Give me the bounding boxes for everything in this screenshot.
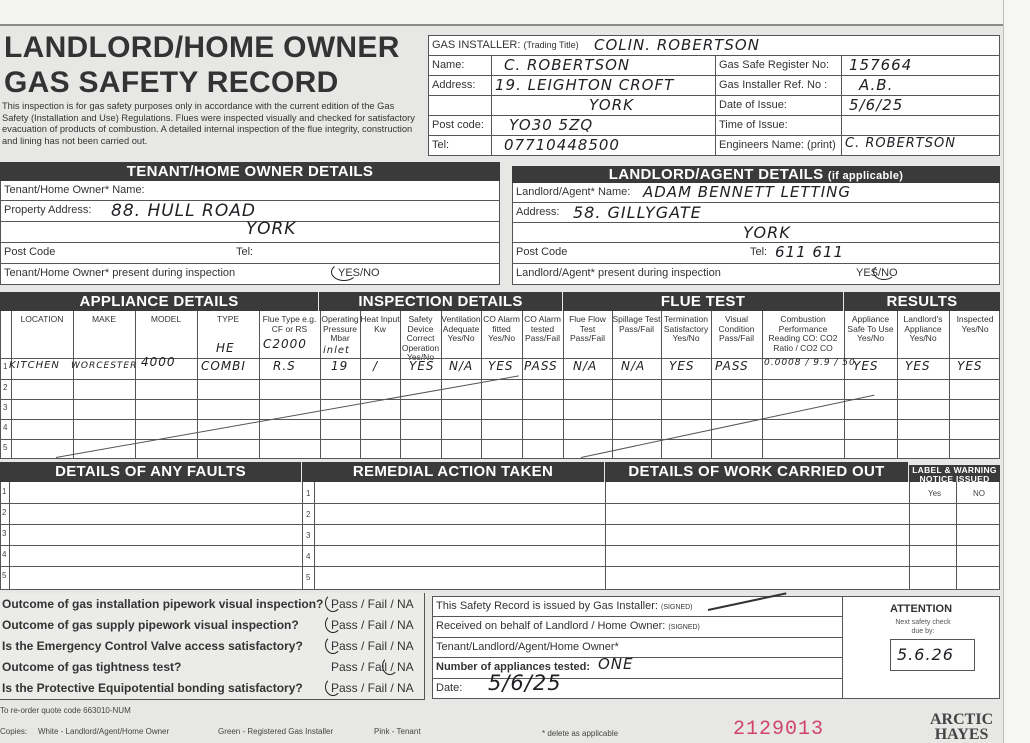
brand-line-2: HAYES bbox=[930, 727, 993, 742]
row-line bbox=[1, 503, 999, 504]
divider bbox=[605, 482, 606, 589]
cell-flue-flow[interactable]: N/A bbox=[573, 359, 597, 373]
results-heading: RESULTS bbox=[844, 292, 1000, 311]
issued-label: This Safety Record is issued by Gas Inst… bbox=[436, 600, 658, 612]
installer-name-field[interactable]: C. ROBERTSON bbox=[504, 56, 630, 74]
remedial-row-number: 1 bbox=[306, 489, 310, 498]
name-row: Name: C. ROBERTSON Gas Safe Register No:… bbox=[429, 56, 999, 76]
pass-circled-mark bbox=[325, 594, 341, 612]
cell-inspected[interactable]: YES bbox=[957, 359, 983, 373]
col-spillage: Spillage Test Pass/Fail bbox=[612, 311, 661, 334]
property-address-label: Property Address: bbox=[4, 204, 91, 216]
appliance-details-heading: APPLIANCE DETAILS bbox=[0, 292, 318, 311]
form-title: LANDLORD/HOME OWNER GAS SAFETY RECORD bbox=[4, 30, 400, 100]
cell-co-alarm-tested[interactable]: PASS bbox=[524, 359, 558, 373]
divider bbox=[841, 96, 842, 115]
landlord-present-row: Landlord/Agent* present during inspectio… bbox=[513, 264, 999, 285]
row-number: 1 bbox=[3, 362, 7, 371]
time-issue-label: Time of Issue: bbox=[719, 119, 788, 131]
inspection-details-heading: INSPECTION DETAILS bbox=[319, 292, 562, 311]
divider bbox=[491, 116, 492, 135]
register-number-field[interactable]: 157664 bbox=[849, 56, 912, 74]
cell-safety-device[interactable]: YES bbox=[409, 359, 435, 373]
divider bbox=[491, 96, 492, 115]
landlord-present-label: Landlord/Agent* present during inspectio… bbox=[516, 267, 721, 279]
issued-row: This Safety Record is issued by Gas Inst… bbox=[433, 597, 842, 617]
fault-row-number: 5 bbox=[2, 571, 6, 580]
flue-type-annotation: C2000 bbox=[263, 337, 307, 351]
installer-signature[interactable] bbox=[708, 592, 787, 611]
ref-label: Gas Installer Ref. No : bbox=[719, 79, 827, 91]
cell-safe-to-use[interactable]: YES bbox=[853, 359, 879, 373]
trading-title-field[interactable]: COLIN. ROBERTSON bbox=[594, 36, 760, 54]
check-question-bonding: Is the Protective Equipotential bonding … bbox=[2, 681, 303, 695]
landlord-box: Landlord/Agent* Name: ADAM BENNETT LETTI… bbox=[512, 183, 1000, 285]
divider bbox=[841, 136, 842, 156]
tenant-postcode-label: Post Code bbox=[4, 246, 55, 258]
brand-line-1: ARCTIC bbox=[930, 712, 993, 727]
faults-grid: Yes NO 1 2 3 4 5 1 2 3 4 5 bbox=[0, 482, 1000, 590]
col-ventilation: Ventilation Adequate Yes/No bbox=[441, 311, 481, 344]
col-flue-type: Flue Type e.g. CF or RS bbox=[259, 311, 320, 334]
copy-white: White - Landlord/Agent/Home Owner bbox=[38, 727, 169, 736]
engineer-name-field[interactable]: C. ROBERTSON bbox=[845, 136, 956, 151]
tel-row: Tel: 07710448500 Engineers Name: (print)… bbox=[429, 136, 999, 156]
no-circled-mark bbox=[873, 264, 895, 280]
col-type: TYPE bbox=[197, 311, 259, 325]
landlord-address-label: Address: bbox=[516, 206, 559, 218]
role-label: Tenant/Landlord/Agent/Home Owner* bbox=[436, 641, 619, 653]
divider bbox=[302, 482, 303, 589]
received-signed-hint: (SIGNED) bbox=[668, 624, 700, 631]
notice-no-column: NO bbox=[973, 489, 985, 498]
next-check-label: Next safety check due by: bbox=[893, 618, 953, 636]
divider bbox=[715, 76, 716, 95]
check-answer-supply-pipework[interactable]: Pass / Fail / NA bbox=[331, 618, 414, 632]
fault-row-number: 2 bbox=[2, 508, 6, 517]
check-question-ecv: Is the Emergency Control Valve access sa… bbox=[2, 639, 303, 653]
reorder-code: To re-order quote code 663010-NUM bbox=[0, 706, 131, 715]
remedial-row-number: 4 bbox=[306, 552, 310, 561]
cell-termination[interactable]: YES bbox=[669, 359, 695, 373]
na-circled-mark bbox=[382, 657, 398, 675]
faults-heading: DETAILS OF ANY FAULTS bbox=[0, 462, 301, 482]
col-co-alarm-tested: CO Alarm tested Pass/Fail bbox=[522, 311, 563, 344]
signoff-box: This Safety Record is issued by Gas Inst… bbox=[432, 596, 843, 699]
cell-visual-condition[interactable]: PASS bbox=[715, 359, 749, 373]
title-line-2: GAS SAFETY RECORD bbox=[4, 65, 400, 100]
tenant-section-heading: TENANT/HOME OWNER DETAILS bbox=[0, 162, 500, 181]
installer-ref-field[interactable]: A.B. bbox=[859, 76, 893, 94]
check-question-pipework: Outcome of gas installation pipework vis… bbox=[2, 597, 323, 611]
divider bbox=[841, 116, 842, 135]
type-annotation: HE bbox=[216, 341, 235, 355]
landlord-tel-field[interactable]: 611 611 bbox=[775, 243, 844, 261]
check-answer-ecv[interactable]: Pass / Fail / NA bbox=[331, 639, 414, 653]
cell-landlords-appliance[interactable]: YES bbox=[905, 359, 931, 373]
void-line bbox=[581, 395, 875, 458]
installer-address-line2[interactable]: YORK bbox=[589, 96, 634, 114]
divider bbox=[135, 311, 136, 458]
landlord-name-field[interactable]: ADAM BENNETT LETTING bbox=[643, 183, 851, 201]
address-row-2: YORK Date of Issue: 5/6/25 bbox=[429, 96, 999, 116]
next-check-due-field[interactable]: 5.6.26 bbox=[890, 639, 975, 671]
trading-title-hint: (Trading Title) bbox=[524, 40, 579, 50]
date-row: Date: 5/6/25 bbox=[433, 679, 842, 700]
copies-label: Copies: bbox=[0, 727, 27, 736]
date-label: Date: bbox=[436, 682, 462, 694]
row-number: 4 bbox=[3, 423, 7, 432]
fault-row-number: 3 bbox=[2, 529, 6, 538]
landlord-heading-text: LANDLORD/AGENT DETAILS bbox=[609, 166, 824, 183]
pass-circled-mark bbox=[325, 678, 341, 696]
col-make: MAKE bbox=[73, 311, 135, 325]
check-answer-bonding[interactable]: Pass / Fail / NA bbox=[331, 681, 414, 695]
cell-make[interactable]: WORCESTER bbox=[71, 361, 137, 371]
landlord-address-line1[interactable]: 58. GILLYGATE bbox=[573, 203, 702, 222]
tenant-tel-label: Tel: bbox=[236, 246, 253, 258]
trading-title-row: GAS INSTALLER: (Trading Title) COLIN. RO… bbox=[429, 36, 999, 56]
address-row: Address: 19. LEIGHTON CROFT Gas Installe… bbox=[429, 76, 999, 96]
brand-logo: ARCTIC HAYES bbox=[930, 712, 993, 742]
divider bbox=[73, 311, 74, 458]
cell-ventilation[interactable]: N/A bbox=[449, 359, 473, 373]
row-line bbox=[1, 545, 999, 546]
title-line-1: LANDLORD/HOME OWNER bbox=[4, 30, 400, 65]
check-question-tightness: Outcome of gas tightness test? bbox=[2, 660, 181, 674]
check-question-supply-pipework: Outcome of gas supply pipework visual in… bbox=[2, 618, 299, 632]
col-flue-flow: Flue Flow Test Pass/Fail bbox=[563, 311, 612, 344]
date-field[interactable]: 5/6/25 bbox=[488, 671, 562, 695]
tenant-address-row-2: YORK bbox=[1, 222, 499, 243]
divider bbox=[11, 311, 12, 458]
fault-row-number: 1 bbox=[2, 487, 6, 496]
issued-signed-hint: (SIGNED) bbox=[661, 604, 693, 611]
landlord-address-row: Address: 58. GILLYGATE bbox=[513, 203, 999, 223]
col-visual-condition: Visual Condition Pass/Fail bbox=[711, 311, 762, 344]
intro-text: This inspection is for gas safety purpos… bbox=[2, 101, 422, 147]
trading-title-label: GAS INSTALLER: bbox=[432, 39, 520, 51]
name-label: Name: bbox=[432, 59, 464, 71]
appliances-tested-field[interactable]: ONE bbox=[598, 655, 634, 673]
divider bbox=[314, 482, 315, 589]
tel-label: Tel: bbox=[432, 139, 449, 151]
row-line bbox=[1, 524, 999, 525]
divider bbox=[715, 56, 716, 75]
date-issue-field[interactable]: 5/6/25 bbox=[849, 96, 903, 114]
installer-address-line1[interactable]: 19. LEIGHTON CROFT bbox=[495, 76, 674, 94]
landlord-postcode-label: Post Code bbox=[516, 246, 567, 258]
pressure-annotation: inlet bbox=[323, 345, 350, 356]
tenant-present-label: Tenant/Home Owner* present during inspec… bbox=[4, 267, 235, 279]
remedial-row-number: 3 bbox=[306, 531, 310, 540]
row-number: 2 bbox=[3, 383, 7, 392]
row-number: 3 bbox=[3, 403, 7, 412]
col-heat-input: Heat Input Kw bbox=[360, 311, 400, 334]
tenant-box: Tenant/Home Owner* Name: Property Addres… bbox=[0, 181, 500, 285]
postcode-label: Post code: bbox=[432, 119, 484, 131]
remedial-row-number: 5 bbox=[306, 573, 310, 582]
divider bbox=[491, 136, 492, 156]
cell-location[interactable]: KITCHEN bbox=[9, 360, 60, 371]
checks-box: Outcome of gas installation pipework vis… bbox=[0, 593, 425, 700]
pass-circled-mark bbox=[325, 636, 341, 654]
divider bbox=[841, 76, 842, 95]
pass-circled-mark bbox=[325, 615, 341, 633]
flue-test-heading: FLUE TEST bbox=[563, 292, 843, 311]
cell-co-alarm-fitted[interactable]: YES bbox=[488, 359, 514, 373]
landlord-name-label: Landlord/Agent* Name: bbox=[516, 186, 630, 198]
landlord-postcode-row: Post Code Tel: 611 611 bbox=[513, 243, 999, 264]
copy-green: Green - Registered Gas Installer bbox=[218, 727, 333, 736]
landlord-tel-label: Tel: bbox=[750, 246, 767, 258]
col-location: LOCATION bbox=[11, 311, 73, 325]
fault-row-number: 4 bbox=[2, 550, 6, 559]
page-margin-top bbox=[0, 0, 1030, 24]
col-safe-to-use: Appliance Safe To Use Yes/No bbox=[844, 311, 897, 344]
check-answer-tightness[interactable]: Pass / Fail / NA bbox=[331, 660, 414, 674]
gas-installer-box: GAS INSTALLER: (Trading Title) COLIN. RO… bbox=[428, 35, 1000, 156]
landlord-section-heading: LANDLORD/AGENT DETAILS (if applicable) bbox=[512, 166, 1000, 183]
col-model: MODEL bbox=[135, 311, 197, 325]
remedial-row-number: 2 bbox=[306, 510, 310, 519]
divider bbox=[491, 76, 492, 95]
cell-flue-type[interactable]: R.S bbox=[273, 359, 296, 373]
landlord-name-row: Landlord/Agent* Name: ADAM BENNETT LETTI… bbox=[513, 183, 999, 203]
tenant-postcode-row: Post Code Tel: bbox=[1, 243, 499, 264]
col-operating-pressure: Operating Pressure Mbar bbox=[320, 311, 360, 344]
role-row: Tenant/Landlord/Agent/Home Owner* bbox=[433, 638, 842, 658]
page-margin-right bbox=[1003, 0, 1030, 743]
date-issue-label: Date of Issue: bbox=[719, 99, 787, 111]
cell-heat-input[interactable]: / bbox=[373, 359, 378, 373]
row-number: 5 bbox=[3, 443, 7, 452]
row-line bbox=[1, 419, 999, 420]
yes-circled-mark bbox=[331, 263, 357, 281]
property-address-line1[interactable]: 88. HULL ROAD bbox=[111, 201, 256, 221]
col-termination: Termination Satisfactory Yes/No bbox=[661, 311, 711, 344]
divider bbox=[9, 482, 10, 589]
property-address-line2[interactable]: YORK bbox=[246, 219, 296, 239]
divider bbox=[715, 116, 716, 135]
divider bbox=[715, 96, 716, 115]
next-check-due-value: 5.6.26 bbox=[897, 645, 954, 664]
row-line bbox=[1, 566, 999, 567]
cell-combustion[interactable]: 0.0008 / 9.9 / 50 bbox=[764, 358, 856, 368]
void-line bbox=[56, 375, 519, 458]
engineer-label: Engineers Name: (print) bbox=[719, 139, 836, 151]
divider bbox=[909, 482, 910, 589]
work-heading: DETAILS OF WORK CARRIED OUT bbox=[605, 462, 908, 482]
postcode-row: Post code: YO30 5ZQ Time of Issue: bbox=[429, 116, 999, 136]
attention-heading: ATTENTION bbox=[843, 603, 999, 615]
cell-spillage[interactable]: N/A bbox=[621, 359, 645, 373]
serial-number: 2129013 bbox=[733, 718, 824, 741]
tenant-name-row: Tenant/Home Owner* Name: bbox=[1, 181, 499, 201]
divider bbox=[956, 482, 957, 589]
received-label: Received on behalf of Landlord / Home Ow… bbox=[436, 620, 665, 632]
landlord-address-row-2: YORK bbox=[513, 223, 999, 243]
delete-note: * delete as applicable bbox=[542, 729, 618, 738]
register-label: Gas Safe Register No: bbox=[719, 59, 829, 71]
col-safety-device: Safety Device Correct Operation Yes/No bbox=[400, 311, 441, 363]
divider bbox=[715, 136, 716, 156]
notice-yes-column: Yes bbox=[928, 489, 941, 498]
col-landlords-appliance: Landlord's Appliance Yes/No bbox=[897, 311, 949, 344]
col-combustion: Combustion Performance Reading CO: CO2 R… bbox=[762, 311, 844, 353]
installer-postcode-field[interactable]: YO30 5ZQ bbox=[509, 116, 593, 134]
remedial-heading: REMEDIAL ACTION TAKEN bbox=[302, 462, 604, 482]
check-answer-pipework[interactable]: Pass / Fail / NA bbox=[331, 597, 414, 611]
col-co-alarm-fitted: CO Alarm fitted Yes/No bbox=[481, 311, 522, 344]
divider bbox=[491, 56, 492, 75]
cell-model[interactable]: 4000 bbox=[141, 355, 176, 369]
appliance-grid: LOCATION MAKE MODEL TYPE Flue Type e.g. … bbox=[0, 311, 1000, 459]
address-label: Address: bbox=[432, 79, 475, 91]
cell-pressure[interactable]: 19 bbox=[331, 359, 348, 373]
copy-pink: Pink - Tenant bbox=[374, 727, 421, 736]
divider bbox=[197, 311, 198, 458]
divider bbox=[841, 56, 842, 75]
col-inspected: Inspected Yes/No bbox=[949, 311, 1001, 334]
tenant-name-label: Tenant/Home Owner* Name: bbox=[4, 184, 145, 196]
cell-type[interactable]: COMBI bbox=[201, 359, 246, 373]
installer-tel-field[interactable]: 07710448500 bbox=[504, 136, 620, 154]
attention-box: ATTENTION Next safety check due by: 5.6.… bbox=[843, 596, 1000, 699]
received-row: Received on behalf of Landlord / Home Ow… bbox=[433, 617, 842, 638]
tenant-present-row: Tenant/Home Owner* present during inspec… bbox=[1, 264, 499, 285]
landlord-address-line2[interactable]: YORK bbox=[743, 223, 791, 242]
landlord-heading-note: (if applicable) bbox=[828, 170, 903, 182]
